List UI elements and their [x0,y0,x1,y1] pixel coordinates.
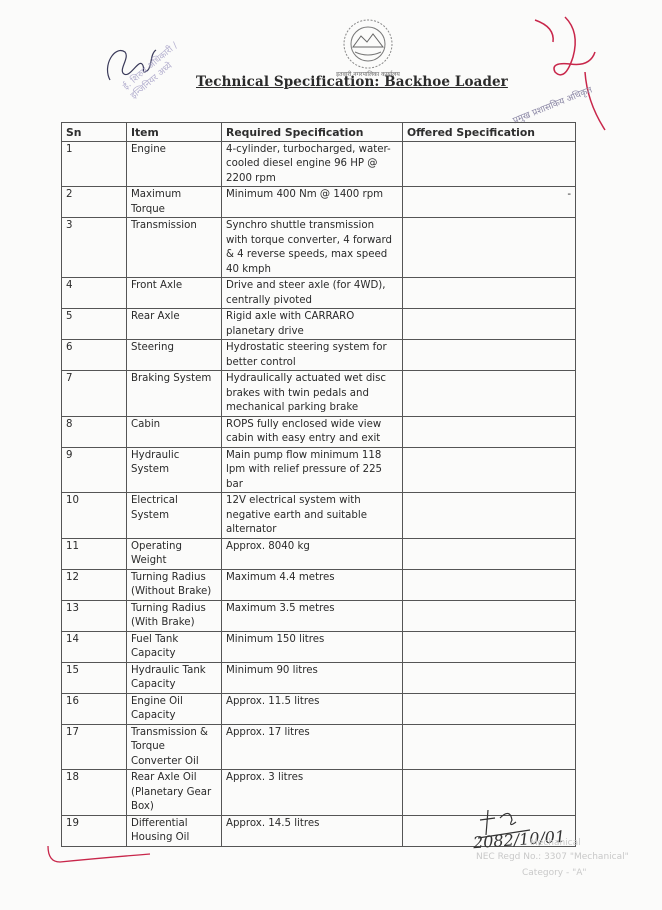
cell-offered-specification [403,447,576,493]
cell-required-specification: 4-cylinder, turbocharged, water-cooled d… [222,141,403,187]
table-row: 2Maximum TorqueMinimum 400 Nm @ 1400 rpm… [62,187,576,218]
table-row: 17Transmission & Torque Converter OilApp… [62,724,576,770]
cell-sn: 13 [62,600,127,631]
cell-item: Engine Oil Capacity [127,693,222,724]
cell-sn: 7 [62,371,127,417]
cell-item: Engine [127,141,222,187]
cell-offered-specification [403,538,576,569]
table-row: 5Rear AxleRigid axle with CARRARO planet… [62,309,576,340]
cell-required-specification: 12V electrical system with negative eart… [222,493,403,539]
specification-table: Sn Item Required Specification Offered S… [61,122,576,847]
cell-item: Turning Radius (Without Brake) [127,569,222,600]
cell-sn: 1 [62,141,127,187]
cell-sn: 18 [62,770,127,816]
table-row: 7Braking SystemHydraulically actuated we… [62,371,576,417]
table-body: 1Engine4-cylinder, turbocharged, water-c… [62,141,576,846]
cell-sn: 6 [62,340,127,371]
cell-sn: 9 [62,447,127,493]
cell-offered-specification [403,724,576,770]
cell-required-specification: Minimum 150 litres [222,631,403,662]
cell-sn: 15 [62,662,127,693]
cell-item: Front Axle [127,278,222,309]
cell-required-specification: Approx. 14.5 litres [222,815,403,846]
cell-sn: 8 [62,416,127,447]
faint-stamp-line-1: Mechanical [530,838,581,848]
cell-offered-specification [403,141,576,187]
cell-item: Braking System [127,371,222,417]
cell-item: Turning Radius (With Brake) [127,600,222,631]
cell-offered-specification [403,631,576,662]
cell-required-specification: Main pump flow minimum 118 lpm with reli… [222,447,403,493]
table-row: 12Turning Radius (Without Brake)Maximum … [62,569,576,600]
cell-offered-specification [403,340,576,371]
table-row: 6SteeringHydrostatic steering system for… [62,340,576,371]
cell-sn: 17 [62,724,127,770]
cell-offered-specification [403,662,576,693]
cell-offered-specification [403,693,576,724]
cell-offered-specification [403,371,576,417]
cell-required-specification: Hydrostatic steering system for better c… [222,340,403,371]
cell-sn: 16 [62,693,127,724]
document-title: Technical Specification: Backhoe Loader [196,74,508,90]
cell-required-specification: ROPS fully enclosed wide view cabin with… [222,416,403,447]
table-row: 16Engine Oil CapacityApprox. 11.5 litres [62,693,576,724]
header-item: Item [127,123,222,142]
cell-sn: 5 [62,309,127,340]
table-row: 8CabinROPS fully enclosed wide view cabi… [62,416,576,447]
cell-required-specification: Synchro shuttle transmission with torque… [222,218,403,278]
cell-item: Cabin [127,416,222,447]
cell-offered-specification [403,278,576,309]
cell-item: Steering [127,340,222,371]
cell-item: Fuel Tank Capacity [127,631,222,662]
cell-offered-specification [403,218,576,278]
faint-stamp-line-3: Category - "A" [522,868,587,878]
cell-offered-specification [403,309,576,340]
cell-sn: 14 [62,631,127,662]
cell-required-specification: Drive and steer axle (for 4WD), centrall… [222,278,403,309]
table-header-row: Sn Item Required Specification Offered S… [62,123,576,142]
cell-item: Hydraulic System [127,447,222,493]
cell-offered-specification [403,493,576,539]
header-offered-specification: Offered Specification [403,123,576,142]
table-row: 3TransmissionSynchro shuttle transmissio… [62,218,576,278]
cell-offered-specification [403,569,576,600]
header-required-specification: Required Specification [222,123,403,142]
table-row: 1Engine4-cylinder, turbocharged, water-c… [62,141,576,187]
cell-offered-specification [403,416,576,447]
cell-sn: 4 [62,278,127,309]
table-row: 4Front AxleDrive and steer axle (for 4WD… [62,278,576,309]
table-row: 9Hydraulic SystemMain pump flow minimum … [62,447,576,493]
faint-stamp-line-2: NEC Regd No.: 3307 "Mechanical" [476,852,629,862]
table-row: 15Hydraulic Tank CapacityMinimum 90 litr… [62,662,576,693]
cell-required-specification: Approx. 8040 kg [222,538,403,569]
red-ink-stroke [40,840,160,870]
cell-offered-specification: - [403,187,576,218]
cell-item: Transmission & Torque Converter Oil [127,724,222,770]
cell-required-specification: Rigid axle with CARRARO planetary drive [222,309,403,340]
cell-sn: 2 [62,187,127,218]
cell-required-specification: Minimum 90 litres [222,662,403,693]
cell-required-specification: Approx. 3 litres [222,770,403,816]
table-row: 13Turning Radius (With Brake)Maximum 3.5… [62,600,576,631]
cell-sn: 11 [62,538,127,569]
cell-item: Operating Weight [127,538,222,569]
table-row: 11Operating WeightApprox. 8040 kg [62,538,576,569]
table-row: 14Fuel Tank CapacityMinimum 150 litres [62,631,576,662]
header-sn: Sn [62,123,127,142]
cell-item: Maximum Torque [127,187,222,218]
cell-required-specification: Maximum 3.5 metres [222,600,403,631]
cell-required-specification: Approx. 11.5 litres [222,693,403,724]
cell-item: Transmission [127,218,222,278]
cell-required-specification: Hydraulically actuated wet disc brakes w… [222,371,403,417]
cell-required-specification: Maximum 4.4 metres [222,569,403,600]
cell-item: Hydraulic Tank Capacity [127,662,222,693]
cell-item: Rear Axle [127,309,222,340]
cell-sn: 3 [62,218,127,278]
cell-item: Rear Axle Oil (Planetary Gear Box) [127,770,222,816]
cell-sn: 10 [62,493,127,539]
cell-item: Electrical System [127,493,222,539]
cell-offered-specification [403,600,576,631]
cell-sn: 12 [62,569,127,600]
cell-required-specification: Approx. 17 litres [222,724,403,770]
cell-required-specification: Minimum 400 Nm @ 1400 rpm [222,187,403,218]
table-row: 10Electrical System12V electrical system… [62,493,576,539]
